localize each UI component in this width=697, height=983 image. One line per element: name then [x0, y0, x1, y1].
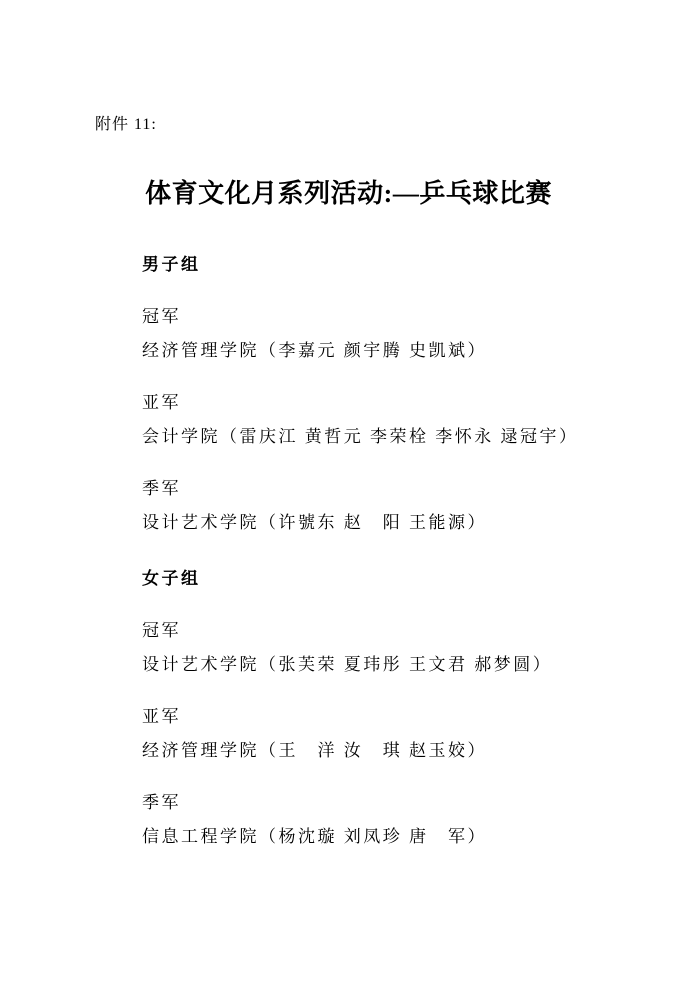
group-women: 女子组 冠军 设计艺术学院（张芙荣 夏玮彤 王文君 郝梦圆） 亚军 经济管理学院… — [142, 562, 622, 854]
document-page: 附件 11: 体育文化月系列活动:—乒乓球比赛 男子组 冠军 经济管理学院（李嘉… — [0, 0, 697, 983]
team-line: 会计学院（雷庆江 黄哲元 李荣栓 李怀永 逯冠宇） — [142, 420, 622, 454]
rank-label: 冠军 — [142, 614, 622, 648]
result-women-third-place: 季军 信息工程学院（杨沈璇 刘凤珍 唐 军） — [142, 786, 622, 854]
result-men-champion: 冠军 经济管理学院（李嘉元 颜宇腾 史凯斌） — [142, 300, 622, 368]
result-women-champion: 冠军 设计艺术学院（张芙荣 夏玮彤 王文君 郝梦圆） — [142, 614, 622, 682]
document-body: 男子组 冠军 经济管理学院（李嘉元 颜宇腾 史凯斌） 亚军 会计学院（雷庆江 黄… — [142, 248, 622, 854]
team-line: 设计艺术学院（张芙荣 夏玮彤 王文君 郝梦圆） — [142, 648, 622, 682]
rank-label: 冠军 — [142, 300, 622, 334]
team-line: 设计艺术学院（许號东 赵 阳 王能源） — [142, 506, 622, 540]
rank-label: 亚军 — [142, 386, 622, 420]
team-line: 经济管理学院（李嘉元 颜宇腾 史凯斌） — [142, 334, 622, 368]
rank-label: 季军 — [142, 786, 622, 820]
attachment-label: 附件 11: — [95, 114, 157, 136]
group-men-header: 男子组 — [142, 248, 622, 282]
rank-label: 季军 — [142, 472, 622, 506]
result-women-runner-up: 亚军 经济管理学院（王 洋 汝 琪 赵玉姣） — [142, 700, 622, 768]
rank-label: 亚军 — [142, 700, 622, 734]
team-line: 信息工程学院（杨沈璇 刘凤珍 唐 军） — [142, 820, 622, 854]
team-line: 经济管理学院（王 洋 汝 琪 赵玉姣） — [142, 734, 622, 768]
result-men-third-place: 季军 设计艺术学院（许號东 赵 阳 王能源） — [142, 472, 622, 540]
page-title: 体育文化月系列活动:—乒乓球比赛 — [0, 176, 697, 212]
group-men: 男子组 冠军 经济管理学院（李嘉元 颜宇腾 史凯斌） 亚军 会计学院（雷庆江 黄… — [142, 248, 622, 540]
result-men-runner-up: 亚军 会计学院（雷庆江 黄哲元 李荣栓 李怀永 逯冠宇） — [142, 386, 622, 454]
group-women-header: 女子组 — [142, 562, 622, 596]
